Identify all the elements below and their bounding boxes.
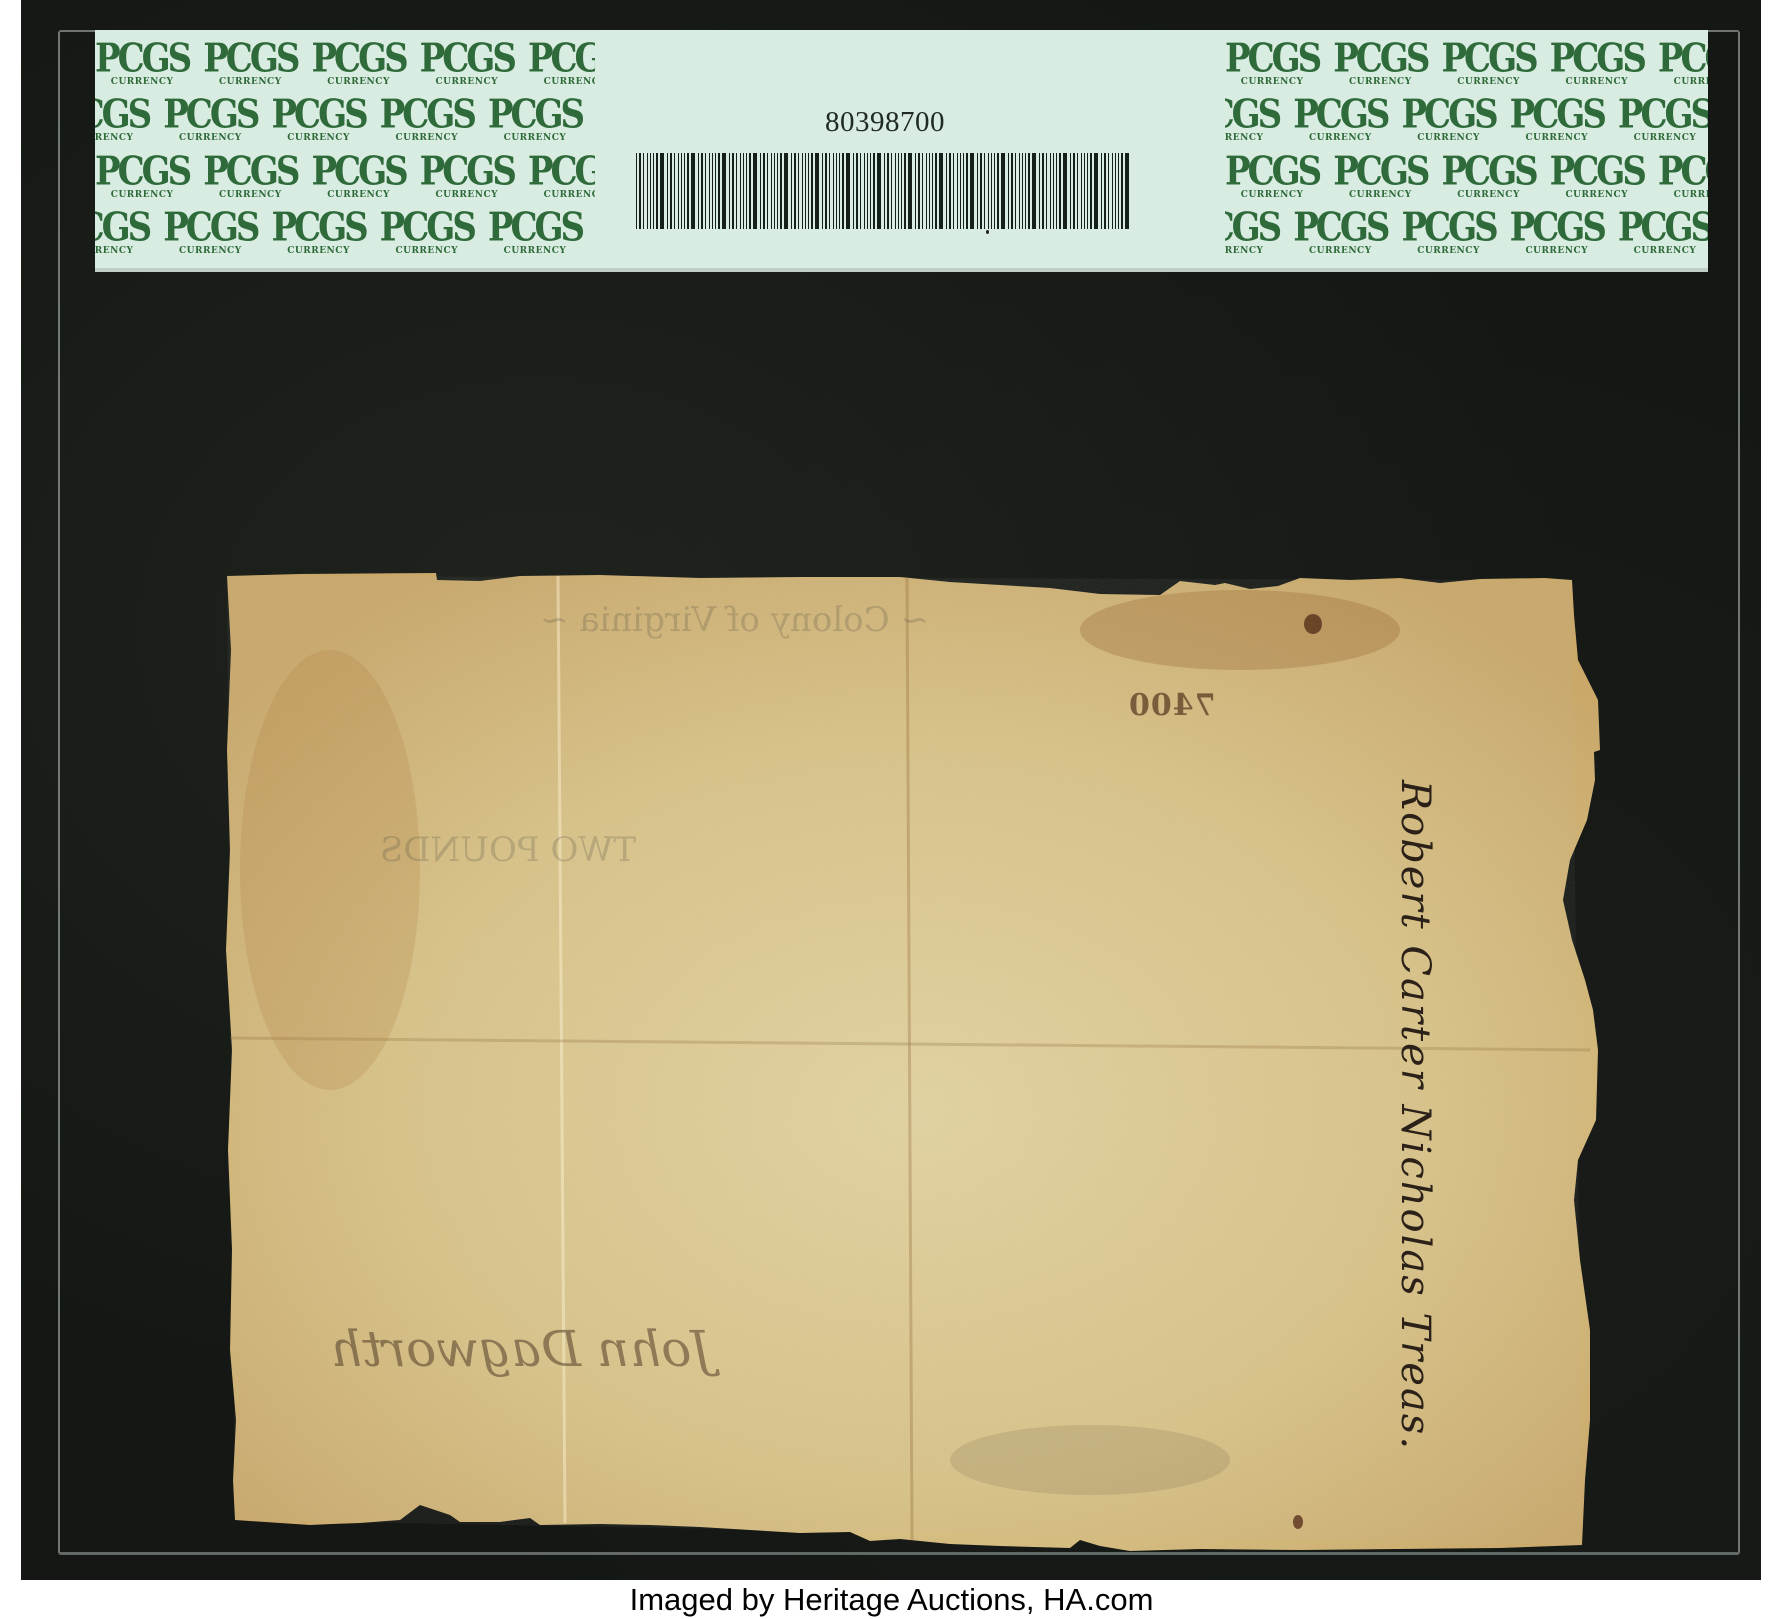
pcgs-logo: PCGSCURRENCY [163, 98, 257, 143]
barcode-bar [1028, 153, 1030, 229]
logo-pattern-left: PCGSCURRENCYPCGSCURRENCYPCGSCURRENCYPCGS… [95, 30, 595, 268]
pcgs-logo: PCGSCURRENCY [1333, 155, 1427, 200]
pcgs-logo-mark: PCGS [1401, 96, 1495, 135]
pcgs-logo-mark: PCGS [528, 152, 595, 191]
barcode-bar [749, 153, 751, 229]
barcode-bar [1070, 153, 1071, 229]
barcode-bar [853, 153, 854, 229]
barcode-bar [1115, 153, 1116, 229]
pcgs-logo: PCGSCURRENCY [528, 155, 595, 200]
pcgs-logo-mark: PCGS [95, 152, 189, 191]
pcgs-logo-mark: PCGS [311, 39, 405, 78]
pcgs-logo-mark: PCGS [95, 39, 189, 78]
barcode-bar [736, 153, 737, 229]
logo-row: PCGSCURRENCYPCGSCURRENCYPCGSCURRENCYPCGS… [1225, 42, 1708, 87]
barcode-bar [705, 153, 706, 229]
pcgs-logo: PCGSCURRENCY [95, 42, 189, 87]
barcode-bar [970, 153, 974, 229]
barcode-bar [780, 153, 782, 229]
barcode-bar [891, 153, 892, 229]
barcode-bar [729, 153, 730, 229]
barcode-bar [1001, 153, 1005, 229]
barcode-bar [957, 153, 958, 229]
barcode-bar [960, 153, 961, 229]
barcode-bar [1101, 153, 1102, 229]
pcgs-logo: PCGSCURRENCY [1658, 155, 1708, 200]
barcode-bar [860, 153, 861, 229]
barcode-bar [822, 153, 823, 229]
pcgs-logo-mark: PCGS [1658, 39, 1708, 78]
barcode-bar [953, 153, 954, 229]
barcode-bar [647, 153, 648, 229]
barcode-bar [1042, 153, 1044, 229]
barcode-bar [718, 153, 720, 229]
barcode-bar [722, 153, 726, 229]
barcode-bar [656, 153, 658, 229]
pcgs-logo: PCGSCURRENCY [1401, 211, 1495, 256]
barcode-bar [1015, 153, 1016, 229]
barcode-bar [1053, 153, 1054, 229]
pcgs-logo: PCGSCURRENCY [420, 155, 514, 200]
pcgs-logo-mark: PCGS [163, 209, 257, 248]
pcgs-logo: PCGSCURRENCY [311, 155, 405, 200]
pcgs-logo-mark: PCGS [1550, 152, 1644, 191]
barcode-bar [922, 153, 923, 229]
barcode-bar [709, 153, 710, 229]
barcode-bar [918, 153, 920, 229]
barcode-bar [926, 153, 927, 229]
pcgs-logo-mark: PCGS [1225, 152, 1319, 191]
pcgs-logo-mark: PCGS [420, 152, 514, 191]
barcode-bar [815, 153, 819, 229]
pcgs-logo: PCGSCURRENCY [311, 42, 405, 87]
barcode-bar [746, 153, 747, 229]
barcode-bar [901, 153, 902, 229]
logo-row: PCGSCURRENCYPCGSCURRENCYPCGSCURRENCYPCGS… [95, 211, 595, 256]
barcode-bar [825, 153, 827, 229]
pcgs-logo: PCGSCURRENCY [203, 155, 297, 200]
pcgs-logo-mark: PCGS [488, 96, 582, 135]
barcode-bar [1025, 153, 1026, 229]
pcgs-logo-mark: PCGS [1225, 209, 1279, 248]
barcode-bar [884, 153, 885, 229]
logo-row: PCGSCURRENCYPCGSCURRENCYPCGSCURRENCYPCGS… [1225, 155, 1708, 200]
pcgs-logo: PCGSCURRENCY [95, 211, 149, 256]
pcgs-logo-mark: PCGS [271, 96, 365, 135]
pcgs-logo-mark: PCGS [1225, 96, 1279, 135]
barcode-bar [991, 153, 992, 229]
pcgs-logo-mark: PCGS [1293, 96, 1387, 135]
pcgs-logo-mark: PCGS [163, 96, 257, 135]
pcgs-logo: PCGSCURRENCY [1293, 98, 1387, 143]
barcode-bar [895, 153, 896, 229]
barcode-bar [1112, 153, 1113, 229]
label-speck [986, 230, 989, 234]
barcode-bar [678, 153, 679, 229]
barcode-bar [988, 153, 989, 229]
pcgs-logo: PCGSCURRENCY [1510, 211, 1604, 256]
pcgs-logo: PCGSCURRENCY [1441, 155, 1535, 200]
barcode-bar [805, 153, 806, 229]
barcode-bar [1108, 153, 1109, 229]
barcode-bar [1090, 153, 1092, 229]
barcode-bar [802, 153, 803, 229]
logo-pattern-right: PCGSCURRENCYPCGSCURRENCYPCGSCURRENCYPCGS… [1225, 30, 1708, 268]
barcode [636, 153, 1136, 229]
barcode-bar [767, 153, 768, 229]
barcode-bar [777, 153, 778, 229]
barcode-bar [870, 153, 871, 229]
pcgs-logo-mark: PCGS [528, 39, 595, 78]
barcode-bar [715, 153, 716, 229]
barcode-bar [1008, 153, 1009, 229]
barcode-bar [1087, 153, 1088, 229]
logo-row: PCGSCURRENCYPCGSCURRENCYPCGSCURRENCYPCGS… [95, 98, 595, 143]
pcgs-logo-mark: PCGS [1293, 209, 1387, 248]
barcode-bar [1019, 153, 1020, 229]
pcgs-logo-mark: PCGS [1441, 152, 1535, 191]
pcgs-logo-mark: PCGS [488, 209, 582, 248]
pcgs-logo: PCGSCURRENCY [1225, 211, 1279, 256]
pcgs-logo-mark: PCGS [95, 209, 149, 248]
pcgs-logo: PCGSCURRENCY [1293, 211, 1387, 256]
barcode-bar [1063, 153, 1067, 229]
barcode-bar [846, 153, 850, 229]
pcgs-logo-mark: PCGS [203, 152, 297, 191]
pcgs-logo: PCGSCURRENCY [1618, 98, 1708, 143]
pcgs-logo: PCGSCURRENCY [1401, 98, 1495, 143]
pcgs-logo: PCGSCURRENCY [95, 155, 189, 200]
pcgs-logo: PCGSCURRENCY [488, 211, 582, 256]
pcgs-logo: PCGSCURRENCY [420, 42, 514, 87]
barcode-bar [660, 153, 664, 229]
barcode-bar [867, 153, 868, 229]
barcode-bar [984, 153, 985, 229]
barcode-bar [687, 153, 689, 229]
barcode-bar [698, 153, 699, 229]
logo-row: PCGSCURRENCYPCGSCURRENCYPCGSCURRENCYPCGS… [95, 155, 595, 200]
pcgs-logo: PCGSCURRENCY [488, 98, 582, 143]
barcode-bar [873, 153, 875, 229]
pcgs-logo-mark: PCGS [1401, 209, 1495, 248]
pcgs-logo-mark: PCGS [1441, 39, 1535, 78]
logo-row: PCGSCURRENCYPCGSCURRENCYPCGSCURRENCYPCGS… [1225, 211, 1708, 256]
barcode-bar [811, 153, 813, 229]
barcode-bar [681, 153, 682, 229]
barcode-bar [842, 153, 844, 229]
barcode-bar [1056, 153, 1057, 229]
pcgs-logo: PCGSCURRENCY [271, 98, 365, 143]
barcode-bar [980, 153, 982, 229]
barcode-bar [639, 153, 641, 229]
barcode-bar [949, 153, 951, 229]
barcode-bar [1022, 153, 1023, 229]
logo-row: PCGSCURRENCYPCGSCURRENCYPCGSCURRENCYPCGS… [95, 42, 595, 87]
barcode-bar [1011, 153, 1013, 229]
barcode-bar [1046, 153, 1047, 229]
barcode-bar [977, 153, 978, 229]
barcode-bar [966, 153, 968, 229]
pcgs-logo: PCGSCURRENCY [1225, 98, 1279, 143]
pcgs-logo: PCGSCURRENCY [1510, 98, 1604, 143]
barcode-bar [691, 153, 695, 229]
cert-number: 80398700 [635, 106, 1135, 139]
pcgs-logo: PCGSCURRENCY [1225, 155, 1319, 200]
pcgs-logo-mark: PCGS [95, 96, 149, 135]
pcgs-logo: PCGSCURRENCY [528, 42, 595, 87]
pcgs-logo: PCGSCURRENCY [1618, 211, 1708, 256]
barcode-bar [650, 153, 651, 229]
barcode-bar [915, 153, 916, 229]
barcode-bar [994, 153, 995, 229]
pcgs-logo: PCGSCURRENCY [1550, 155, 1644, 200]
barcode-bar [784, 153, 788, 229]
barcode-bar [771, 153, 772, 229]
pcgs-logo: PCGSCURRENCY [1550, 42, 1644, 87]
barcode-bar [791, 153, 792, 229]
pcgs-logo: PCGSCURRENCY [1333, 42, 1427, 87]
pcgs-logo-mark: PCGS [380, 96, 474, 135]
barcode-bar [740, 153, 741, 229]
barcode-bar [963, 153, 964, 229]
barcode-bar [1039, 153, 1040, 229]
pcgs-logo: PCGSCURRENCY [271, 211, 365, 256]
barcode-bar [1081, 153, 1082, 229]
barcode-bar [712, 153, 713, 229]
barcode-bar [798, 153, 799, 229]
barcode-bar [1059, 153, 1061, 229]
pcgs-logo-mark: PCGS [203, 39, 297, 78]
image-credit-caption: Imaged by Heritage Auctions, HA.com [0, 1580, 1783, 1619]
barcode-bar [794, 153, 796, 229]
pcgs-logo: PCGSCURRENCY [1225, 42, 1319, 87]
barcode-bar [908, 153, 912, 229]
barcode-bar [760, 153, 761, 229]
pcgs-logo: PCGSCURRENCY [1441, 42, 1535, 87]
barcode-bar [808, 153, 809, 229]
pcgs-logo: PCGSCURRENCY [203, 42, 297, 87]
pcgs-logo-mark: PCGS [1618, 209, 1708, 248]
barcode-bar [929, 153, 930, 229]
pcgs-logo-mark: PCGS [1333, 39, 1427, 78]
barcode-bar [864, 153, 865, 229]
barcode-bar [670, 153, 672, 229]
barcode-bar [877, 153, 881, 229]
pcgs-logo-mark: PCGS [1618, 96, 1708, 135]
barcode-bar [1125, 153, 1129, 229]
pcgs-logo-mark: PCGS [1550, 39, 1644, 78]
barcode-bar [887, 153, 889, 229]
pcgs-logo: PCGSCURRENCY [95, 98, 149, 143]
logo-row: PCGSCURRENCYPCGSCURRENCYPCGSCURRENCYPCGS… [1225, 98, 1708, 143]
barcode-bar [932, 153, 933, 229]
barcode-bar [701, 153, 703, 229]
barcode-bar [898, 153, 899, 229]
barcode-bar [1121, 153, 1123, 229]
barcode-bar [839, 153, 840, 229]
barcode-bar [829, 153, 830, 229]
barcode-bar [833, 153, 834, 229]
pcgs-logo-mark: PCGS [1225, 39, 1319, 78]
pcgs-logo: PCGSCURRENCY [163, 211, 257, 256]
pcgs-logo: PCGSCURRENCY [380, 98, 474, 143]
barcode-bar [684, 153, 685, 229]
pcgs-logo-mark: PCGS [1510, 209, 1604, 248]
barcode-bar [856, 153, 858, 229]
pcgs-label: PCGSCURRENCYPCGSCURRENCYPCGSCURRENCYPCGS… [95, 30, 1708, 272]
pcgs-logo-mark: PCGS [271, 209, 365, 248]
barcode-bar [1118, 153, 1119, 229]
pcgs-logo-mark: PCGS [1510, 96, 1604, 135]
barcode-bar [1077, 153, 1078, 229]
barcode-bar [1073, 153, 1075, 229]
barcode-bar [653, 153, 654, 229]
pcgs-logo-mark: PCGS [1333, 152, 1427, 191]
pcgs-logo-mark: PCGS [420, 39, 514, 78]
pcgs-logo: PCGSCURRENCY [1658, 42, 1708, 87]
barcode-bar [732, 153, 734, 229]
barcode-bar [946, 153, 947, 229]
barcode-bar [674, 153, 675, 229]
barcode-bar [1084, 153, 1085, 229]
barcode-bar [939, 153, 943, 229]
barcode-bar [997, 153, 999, 229]
pcgs-logo-mark: PCGS [380, 209, 474, 248]
barcode-bar [667, 153, 668, 229]
barcode-bar [763, 153, 765, 229]
barcode-bar [636, 153, 637, 229]
barcode-bar [753, 153, 757, 229]
barcode-bar [904, 153, 906, 229]
pcgs-logo-mark: PCGS [1658, 152, 1708, 191]
barcode-bar [836, 153, 837, 229]
barcode-bar [1050, 153, 1051, 229]
barcode-bar [643, 153, 644, 229]
barcode-bar [1104, 153, 1106, 229]
pcgs-logo-mark: PCGS [311, 152, 405, 191]
barcode-bar [935, 153, 937, 229]
pcgs-logo: PCGSCURRENCY [380, 211, 474, 256]
barcode-bar [1032, 153, 1036, 229]
barcode-bar [774, 153, 775, 229]
barcode-bar [1094, 153, 1098, 229]
barcode-bar [743, 153, 744, 229]
